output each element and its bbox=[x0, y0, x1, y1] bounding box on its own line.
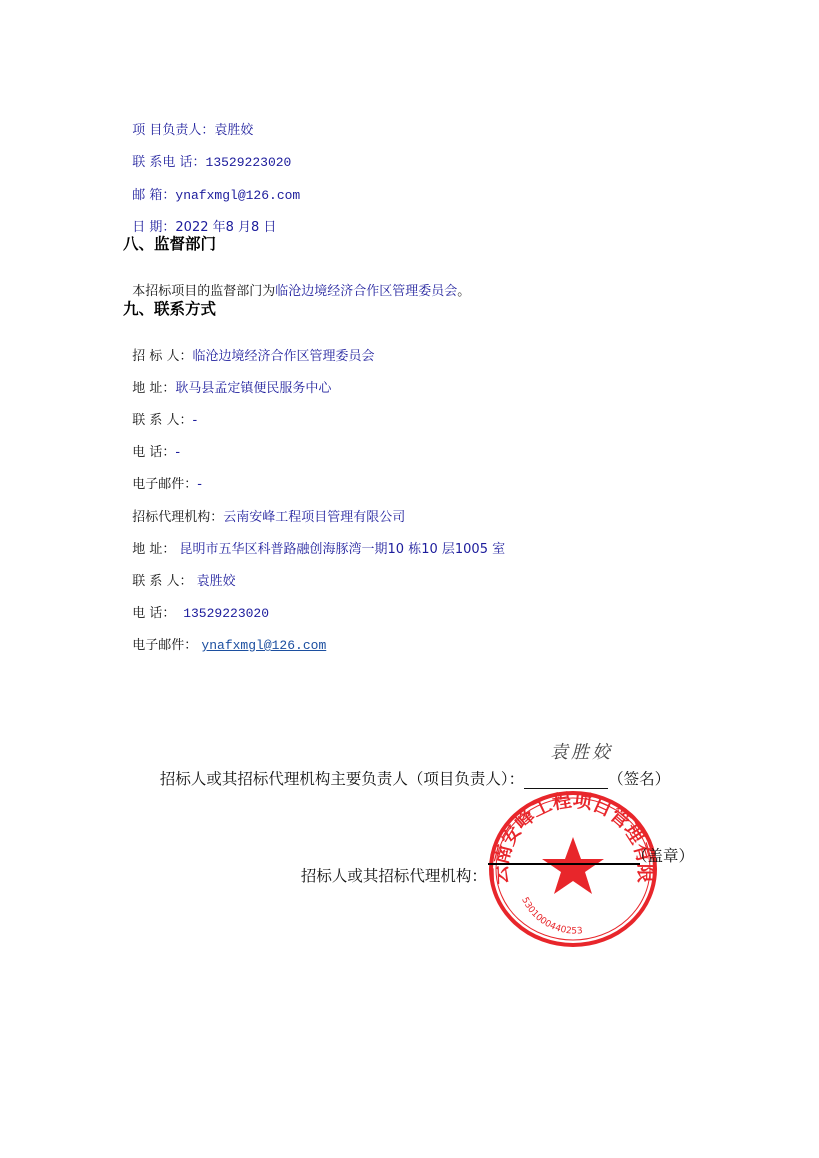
tenderer-value: 临沧边境经济合作区管理委员会 bbox=[193, 349, 375, 364]
agency-label: 招标代理机构： bbox=[132, 510, 223, 525]
handwritten-signature: 袁胜姣 bbox=[550, 738, 613, 764]
agency-value: 云南安峰工程项目管理有限公司 bbox=[223, 510, 405, 525]
tenderer-address-label: 地 址： bbox=[132, 381, 175, 396]
project-phone-row: 联 系电 话：13529223020 bbox=[124, 139, 291, 171]
section-8-title: 八、监督部门 bbox=[123, 234, 216, 254]
agency-contact-row: 联 系 人： 袁胜姣 bbox=[124, 558, 236, 590]
principal-label: 招标人或其招标代理机构主要负责人（项目负责人）： bbox=[160, 770, 524, 788]
section-8-text: 本招标项目的监督部门为临沧边境经济合作区管理委员会。 bbox=[124, 268, 470, 300]
agency-phone-row: 电 话： 13529223020 bbox=[124, 590, 269, 622]
agency-phone-value: 13529223020 bbox=[175, 606, 269, 621]
tenderer-email-label: 电子邮件： bbox=[132, 477, 197, 492]
tenderer-contact-value: - bbox=[193, 413, 198, 428]
signature-field bbox=[524, 770, 608, 789]
agency-phone-label: 电 话： bbox=[132, 606, 175, 621]
supervision-prefix: 本招标项目的监督部门为 bbox=[132, 284, 275, 299]
tenderer-address-value: 耿马县孟定镇便民服务中心 bbox=[175, 381, 331, 396]
agency-address-value: 昆明市五华区科普路融创海豚湾一期10 栋10 层1005 室 bbox=[175, 542, 505, 557]
project-phone-value: 13529223020 bbox=[206, 155, 292, 170]
project-email-row: 邮 箱：ynafxmgl@126.com bbox=[124, 172, 300, 204]
agency-address-label: 地 址： bbox=[132, 542, 175, 557]
sign-suffix: （签名） bbox=[608, 770, 670, 788]
project-manager-value: 袁胜姣 bbox=[214, 123, 253, 138]
supervision-department: 临沧边境经济合作区管理委员会 bbox=[275, 284, 457, 299]
project-date-row: 日 期：2022 年8 月8 日 bbox=[124, 204, 276, 236]
tenderer-phone-row: 电 话：- bbox=[124, 429, 180, 461]
agency-contact-label: 联 系 人： bbox=[132, 574, 192, 589]
agency-email-row: 电子邮件： ynafxmgl@126.com bbox=[124, 622, 326, 654]
svg-text:5301000440253: 5301000440253 bbox=[519, 896, 583, 937]
organization-label: 招标人或其招标代理机构： bbox=[301, 867, 487, 885]
company-seal-icon: 云南安峰工程项目管理有限公司 5301000440253 bbox=[487, 789, 659, 949]
agency-email-label: 电子邮件： bbox=[132, 638, 197, 653]
agency-row: 招标代理机构：云南安峰工程项目管理有限公司 bbox=[124, 494, 405, 526]
agency-email-link[interactable]: ynafxmgl@126.com bbox=[201, 638, 326, 653]
tenderer-email-row: 电子邮件：- bbox=[124, 461, 202, 493]
project-email-value: ynafxmgl@126.com bbox=[175, 188, 300, 203]
seal-underline bbox=[488, 863, 640, 865]
section-9-title: 九、联系方式 bbox=[123, 299, 216, 319]
project-manager-label: 项 目负责人： bbox=[132, 123, 214, 138]
tenderer-label: 招 标 人： bbox=[132, 349, 192, 364]
project-phone-label: 联 系电 话： bbox=[132, 155, 205, 170]
project-date-label: 日 期： bbox=[132, 220, 175, 235]
tenderer-email-value: - bbox=[197, 477, 202, 492]
project-date-value: 2022 年8 月8 日 bbox=[175, 220, 276, 235]
seal-suffix: （盖章） bbox=[632, 846, 694, 866]
tenderer-phone-value: - bbox=[175, 445, 180, 460]
tenderer-contact-label: 联 系 人： bbox=[132, 413, 192, 428]
tenderer-row: 招 标 人：临沧边境经济合作区管理委员会 bbox=[124, 333, 375, 365]
project-manager-row: 项 目负责人：袁胜姣 bbox=[124, 107, 253, 139]
agency-contact-value: 袁胜姣 bbox=[193, 574, 236, 589]
agency-address-row: 地 址： 昆明市五华区科普路融创海豚湾一期10 栋10 层1005 室 bbox=[124, 526, 505, 558]
tenderer-phone-label: 电 话： bbox=[132, 445, 175, 460]
supervision-suffix: 。 bbox=[457, 284, 470, 299]
organization-seal-row: 招标人或其招标代理机构： bbox=[291, 846, 487, 886]
project-email-label: 邮 箱： bbox=[132, 188, 175, 203]
tenderer-address-row: 地 址：耿马县孟定镇便民服务中心 bbox=[124, 365, 331, 397]
tenderer-contact-row: 联 系 人：- bbox=[124, 397, 197, 429]
